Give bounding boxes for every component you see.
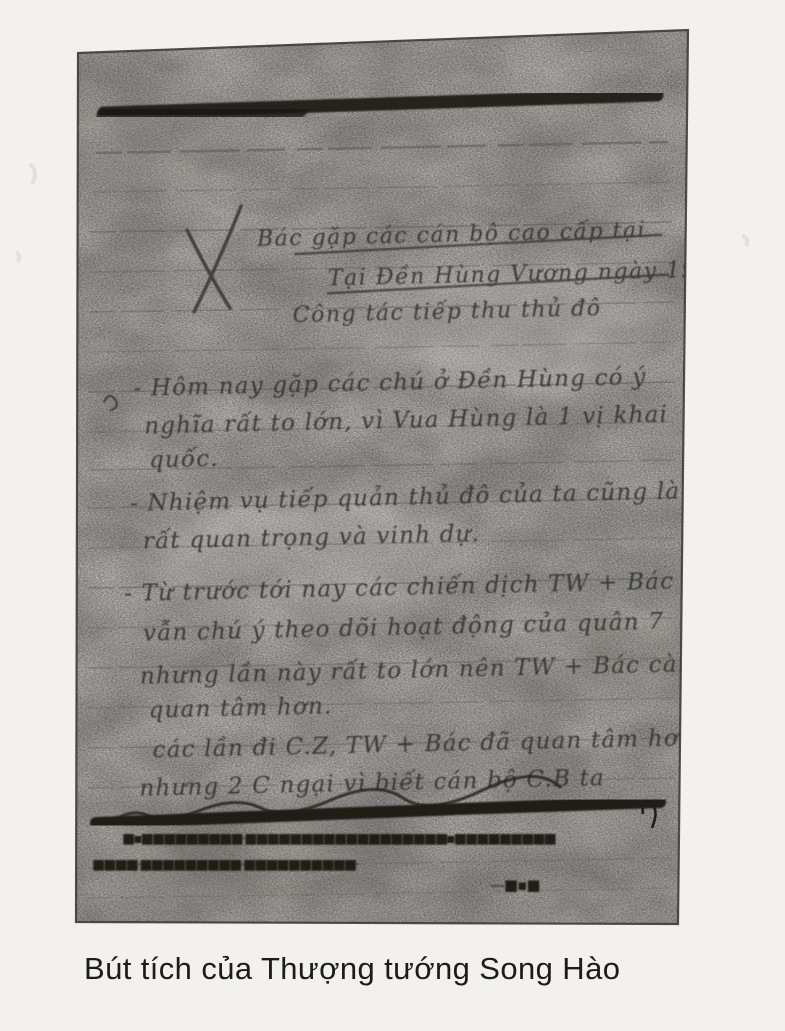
handwriting-body-line-9: quan tâm hơn. [148, 693, 332, 723]
illegible-print-line-1: ■▪■■■■■■■■■·■■■■■■■■■■■■■■■■■■▪■■■■■■■■■ [122, 831, 556, 847]
handwriting-body-line-3: quốc. [149, 446, 219, 474]
photo-figure: Bác gặp các cán bộ cao cấp tại Tại Đền H… [0, 0, 785, 1031]
photo-caption: Bút tích của Thượng tướng Song Hào [84, 951, 620, 987]
scanned-page: Bác gặp các cán bộ cao cấp tại Tại Đền H… [0, 0, 785, 1031]
attribution-mark: —■▪■ [490, 876, 540, 894]
illegible-print-line-2: ■■■■·■■■■■■■■■·■■■■■■■■■■· [92, 857, 358, 873]
